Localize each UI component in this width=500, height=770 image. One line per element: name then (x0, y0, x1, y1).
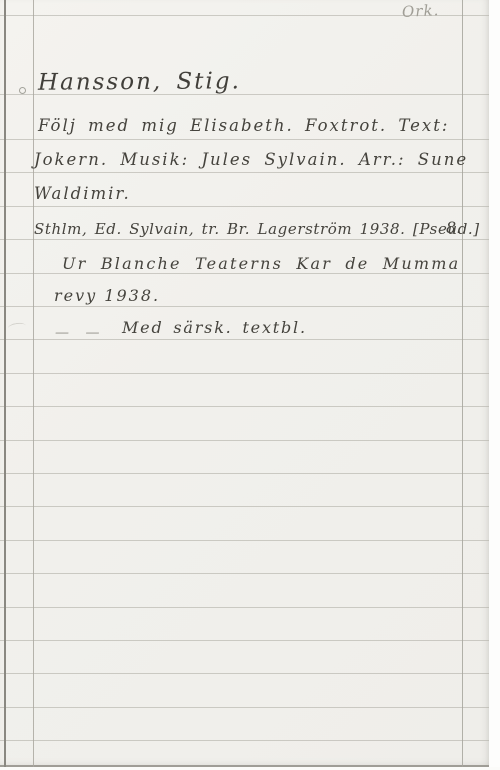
card-left-edge-line (4, 0, 6, 767)
title-line-1: Följ med mig Elisabeth. Foxtrot. Text: (38, 118, 449, 135)
provenance-line-1: Ur Blanche Teaterns Kar de Mumma (62, 256, 460, 272)
dash-marks: — — (55, 326, 105, 340)
rule-line (0, 306, 489, 307)
rule-line (0, 239, 489, 240)
corner-annotation: Ork. (402, 3, 440, 20)
rule-line (0, 673, 489, 674)
scan-background-right (489, 0, 500, 770)
title-line-3: Waldimir. (34, 186, 131, 203)
rule-line (0, 373, 489, 374)
catalog-card: Ork. Hansson, Stig. Följ med mig Elisabe… (0, 0, 489, 767)
right-margin-line (462, 0, 463, 767)
rule-line (0, 540, 489, 541)
title-line-2: Jokern. Musik: Jules Sylvain. Arr.: Sune (34, 152, 468, 169)
rule-line (0, 406, 489, 407)
rule-line (0, 640, 489, 641)
margin-circle-mark (19, 87, 26, 94)
plate-number: 8. (446, 220, 461, 236)
rule-line (0, 440, 489, 441)
rule-line (0, 607, 489, 608)
rule-line (0, 506, 489, 507)
rule-line (0, 139, 489, 140)
rule-line (0, 707, 489, 708)
rule-line (0, 273, 489, 274)
rule-line (0, 172, 489, 173)
provenance-line-2: revy 1938. (54, 288, 160, 304)
rule-line (0, 206, 489, 207)
pencil-smudge (8, 322, 27, 332)
imprint-line: Sthlm, Ed. Sylvain, tr. Br. Lagerström 1… (34, 222, 480, 237)
rule-line (0, 473, 489, 474)
left-margin-line (33, 0, 34, 767)
rule-line (0, 573, 489, 574)
rule-line (0, 740, 489, 741)
note-line: Med särsk. textbl. (122, 320, 307, 336)
entry-heading: Hansson, Stig. (38, 70, 241, 94)
